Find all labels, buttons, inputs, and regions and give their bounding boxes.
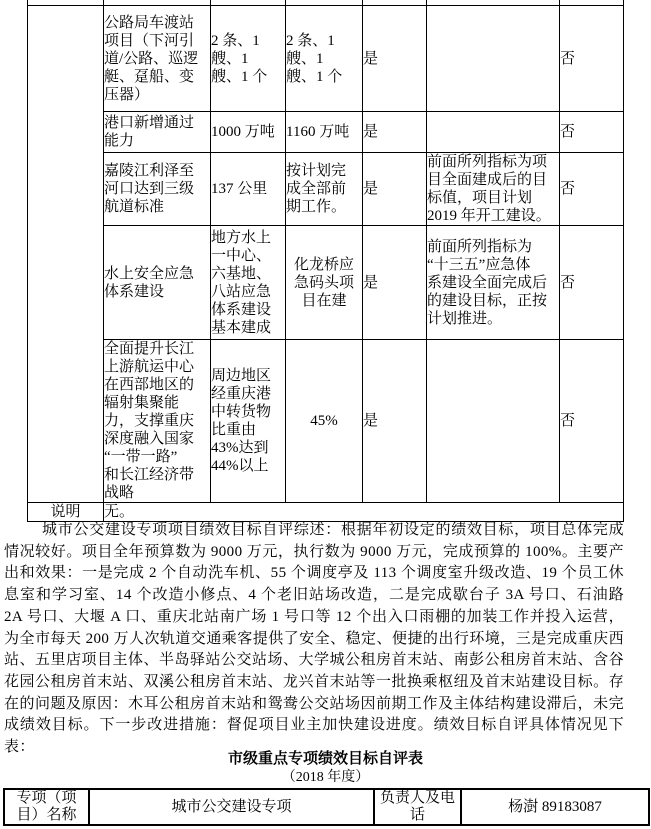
completed-flag-cell: 是 xyxy=(363,112,427,153)
table-row: 公路局车渡站 项目（下河引 道/公路、巡逻 艇、趸船、变 压器） 2 条、1 艘… xyxy=(28,6,624,112)
deviation-flag-cell: 否 xyxy=(560,226,624,340)
document-page: 公路局车渡站 项目（下河引 道/公路、巡逻 艇、趸船、变 压器） 2 条、1 艘… xyxy=(0,0,651,829)
completed-flag-cell: 是 xyxy=(363,340,427,503)
project-info-row: 专项（项 目）名称 城市公交建设专项 负责人及电 话 杨澍 89183087 xyxy=(4,789,649,825)
performance-indicators-table: 公路局车渡站 项目（下河引 道/公路、巡逻 艇、趸船、变 压器） 2 条、1 艘… xyxy=(27,0,624,522)
report-year: （2018 年度） xyxy=(0,770,651,786)
remark-cell: 前面所列指标为项 目全面建成后的目 标值，项目计划 2019 年开工建设。 xyxy=(427,153,560,226)
completed-flag-cell: 是 xyxy=(363,226,427,340)
note-label-cell: 说明 xyxy=(28,503,104,522)
table-row: 港口新增通过 能力 1000 万吨 1160 万吨 是 否 xyxy=(28,112,624,153)
table-row: 全面提升长江 上游航运中心 在西部地区的 辐射集聚能 力，支撑重庆 深度融入国家… xyxy=(28,340,624,503)
contact-value-cell: 杨澍 89183087 xyxy=(461,789,649,825)
annual-target-cell: 137 公里 xyxy=(211,153,286,226)
actual-value-cell: 按计划完 成全部前 期工作。 xyxy=(286,153,363,226)
completed-flag-cell: 是 xyxy=(363,153,427,226)
project-name-label-cell: 专项（项 目）名称 xyxy=(4,789,89,825)
annual-target-cell: 周边地区 经重庆港 中转货物 比重由 43%达到 44%以上 xyxy=(211,340,286,503)
deviation-flag-cell: 否 xyxy=(560,153,624,226)
annual-target-cell: 1000 万吨 xyxy=(211,112,286,153)
deviation-flag-cell: 否 xyxy=(560,340,624,503)
indicator-name-cell: 公路局车渡站 项目（下河引 道/公路、巡逻 艇、趸船、变 压器） xyxy=(104,6,211,112)
remark-cell xyxy=(427,112,560,153)
table-row: 嘉陵江利泽至 河口达到三级 航道标准 137 公里 按计划完 成全部前 期工作。… xyxy=(28,153,624,226)
actual-value-cell: 2 条、1 艘、1 艘、1 个 xyxy=(286,6,363,112)
remark-cell xyxy=(427,6,560,112)
actual-value-cell: 1160 万吨 xyxy=(286,112,363,153)
self-evaluation-summary: 城市公交建设专项项目绩效目标自评综述：根据年初设定的绩效目标，项目总体完成情况较… xyxy=(4,520,624,759)
actual-value-cell: 化龙桥应 急码头项 目在建 xyxy=(286,226,363,340)
deviation-flag-cell: 否 xyxy=(560,6,624,112)
actual-value-cell: 45% xyxy=(286,340,363,503)
remark-cell: 前面所列指标为 “十三五”应急体 系建设全面完成后 的建设目标，正按 计划推进。 xyxy=(427,226,560,340)
remark-cell xyxy=(427,340,560,503)
indicator-name-cell: 嘉陵江利泽至 河口达到三级 航道标准 xyxy=(104,153,211,226)
indicator-name-cell: 水上安全应急 体系建设 xyxy=(104,226,211,340)
note-row: 说明 无。 xyxy=(28,503,624,522)
annual-target-cell: 2 条、1 艘、1 艘、1 个 xyxy=(211,6,286,112)
table-row: 水上安全应急 体系建设 地方水上 一中心、 六基地、 八站应急 体系建设 基本建… xyxy=(28,226,624,340)
annual-target-cell: 地方水上 一中心、 六基地、 八站应急 体系建设 基本建成 xyxy=(211,226,286,340)
project-info-table: 专项（项 目）名称 城市公交建设专项 负责人及电 话 杨澍 89183087 xyxy=(3,788,650,826)
completed-flag-cell: 是 xyxy=(363,6,427,112)
note-value-cell: 无。 xyxy=(104,503,624,522)
contact-label-cell: 负责人及电 话 xyxy=(374,789,461,825)
deviation-flag-cell: 否 xyxy=(560,112,624,153)
project-name-cell: 城市公交建设专项 xyxy=(89,789,374,825)
category-empty-cell xyxy=(28,6,104,503)
indicator-name-cell: 全面提升长江 上游航运中心 在西部地区的 辐射集聚能 力，支撑重庆 深度融入国家… xyxy=(104,340,211,503)
indicator-name-cell: 港口新增通过 能力 xyxy=(104,112,211,153)
report-title: 市级重点专项绩效目标自评表 xyxy=(0,750,651,768)
